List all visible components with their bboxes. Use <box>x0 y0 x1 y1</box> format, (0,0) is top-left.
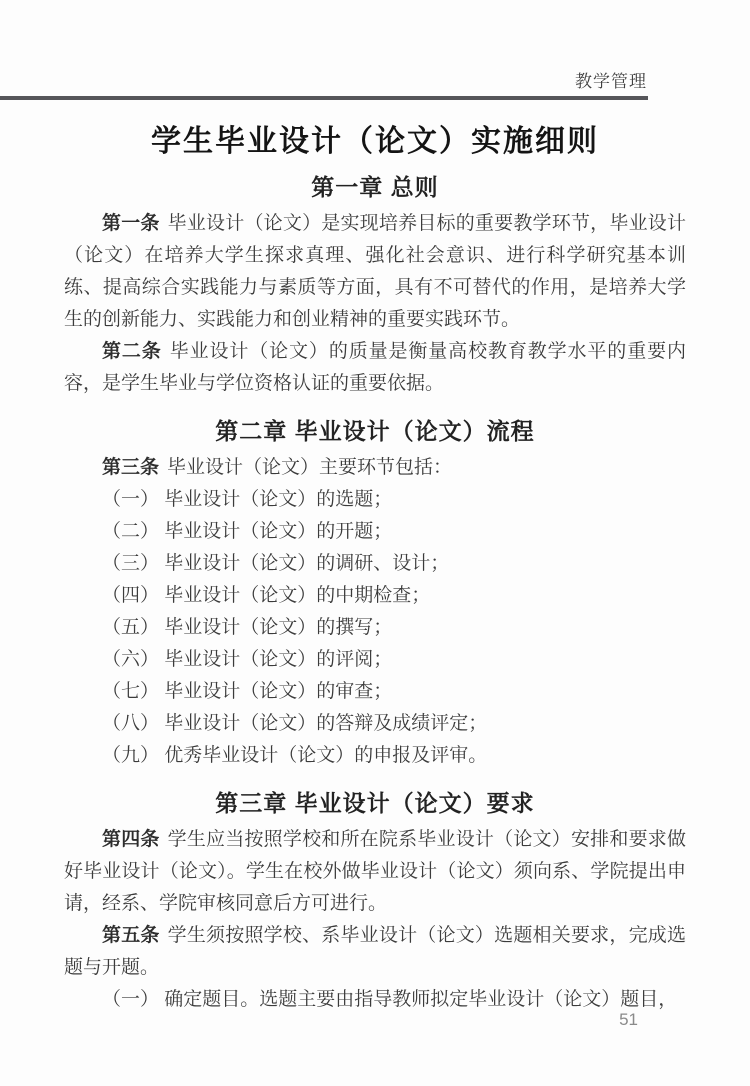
clause-2-paragraph: 第二条毕业设计（论文）的质量是衡量高校教育教学水平的重要内容，是学生毕业与学位资… <box>64 336 686 400</box>
list-item: （四） 毕业设计（论文）的中期检查； <box>64 580 686 612</box>
list-item: （三） 毕业设计（论文）的调研、设计； <box>64 548 686 580</box>
clause-2-term: 第二条 <box>102 341 162 362</box>
list-item: （五） 毕业设计（论文）的撰写； <box>64 612 686 644</box>
clause-4-term: 第四条 <box>102 829 160 850</box>
list-item: （六） 毕业设计（论文）的评阅； <box>64 644 686 676</box>
list-item: （一） 确定题目。选题主要由指导教师拟定毕业设计（论文）题目， <box>64 984 686 1016</box>
document-title: 学生毕业设计（论文）实施细则 <box>64 122 686 162</box>
page-number: 51 <box>619 1010 638 1030</box>
clause-5-term: 第五条 <box>102 925 160 946</box>
clause-3-term: 第三条 <box>102 457 159 478</box>
chapter-2-heading: 第二章 毕业设计（论文）流程 <box>64 414 686 448</box>
list-item: （七） 毕业设计（论文）的审查； <box>64 676 686 708</box>
clause-3-text: 毕业设计（论文）主要环节包括： <box>167 457 452 478</box>
clause-5-paragraph: 第五条学生须按照学校、系毕业设计（论文）选题相关要求，完成选题与开题。 <box>64 920 686 984</box>
document-body: 学生毕业设计（论文）实施细则 第一章 总则 第一条毕业设计（论文）是实现培养目标… <box>64 100 686 1016</box>
running-header-label: 教学管理 <box>575 70 647 94</box>
list-item: （九） 优秀毕业设计（论文）的申报及评审。 <box>64 740 686 772</box>
list-item: （二） 毕业设计（论文）的开题； <box>64 516 686 548</box>
clause-1-term: 第一条 <box>102 213 160 234</box>
document-page: 教学管理 学生毕业设计（论文）实施细则 第一章 总则 第一条毕业设计（论文）是实… <box>0 0 750 1086</box>
clause-3-paragraph: 第三条毕业设计（论文）主要环节包括： <box>64 452 686 484</box>
clause-4-paragraph: 第四条学生应当按照学校和所在院系毕业设计（论文）安排和要求做好毕业设计（论文）。… <box>64 824 686 920</box>
list-item: （一） 毕业设计（论文）的选题； <box>64 484 686 516</box>
clause-1-paragraph: 第一条毕业设计（论文）是实现培养目标的重要教学环节，毕业设计（论文）在培养大学生… <box>64 208 686 336</box>
chapter-1-heading: 第一章 总则 <box>64 170 686 204</box>
list-item: （八） 毕业设计（论文）的答辩及成绩评定； <box>64 708 686 740</box>
chapter-3-heading: 第三章 毕业设计（论文）要求 <box>64 786 686 820</box>
